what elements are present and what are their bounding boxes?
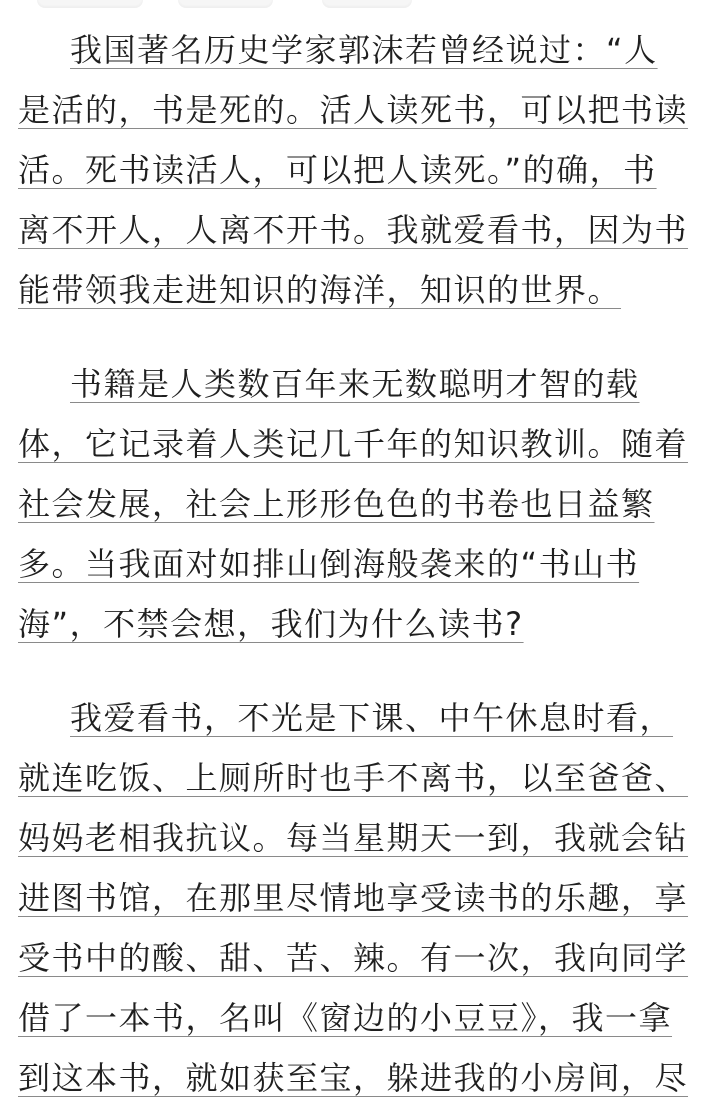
essay-line: 到这本书，就如获至宝，躲进我的小房间，尽 (18, 1034, 690, 1094)
essay-line-text: 我国著名历史学家郭沫若曾经说过：“人 (70, 34, 658, 66)
essay-line: 社会发展，社会上形形色色的书卷也日益繁 (18, 460, 690, 520)
essay-line: 体，它记录着人类记几千年的知识教训。随着 (18, 400, 690, 460)
essay-line-text: 受书中的酸、甜、苦、辣。有一次，我向同学 (18, 942, 688, 974)
essay-line: 是活的，书是死的。活人读死书，可以把书读 (18, 66, 690, 126)
essay-line-text: 借了一本书，名叫《窗边的小豆豆》，我一拿 (18, 1002, 672, 1034)
essay-paragraph-2: 书籍是人类数百年来无数聪明才智的载 体，它记录着人类记几千年的知识教训。随着 社… (18, 340, 690, 640)
essay-line: 我爱看书，不光是下课、中午休息时看， (18, 674, 690, 734)
essay-line-text: 书籍是人类数百年来无数聪明才智的载 (70, 368, 640, 400)
essay-line: 多。当我面对如排山倒海般袭来的“书山书 (18, 520, 690, 580)
essay-line-text: 能带领我走进知识的海洋，知识的世界。 (18, 274, 621, 306)
essay-paragraph-3: 我爱看书，不光是下课、中午休息时看， 就连吃饭、上厕所时也手不离书，以至爸爸、 … (18, 674, 690, 1094)
handwritten-essay-page: 我国著名历史学家郭沫若曾经说过：“人 是活的，书是死的。活人读死书，可以把书读 … (0, 0, 708, 1102)
essay-line-text: 妈妈老相我抗议。每当星期天一到，我就会钻 (18, 822, 688, 854)
essay-line: 活。死书读活人，可以把人读死。”的确，书 (18, 126, 690, 186)
essay-line-text: 是活的，书是死的。活人读死书，可以把书读 (18, 94, 688, 126)
essay-line: 进图书馆，在那里尽情地享受读书的乐趣，享 (18, 854, 690, 914)
essay-line-text: 到这本书，就如获至宝，躲进我的小房间，尽 (18, 1062, 688, 1094)
essay-line-text: 我爱看书，不光是下课、中午休息时看， (70, 702, 673, 734)
essay-line: 妈妈老相我抗议。每当星期天一到，我就会钻 (18, 794, 690, 854)
essay-line: 离不开人，人离不开书。我就爱看书，因为书 (18, 186, 690, 246)
essay-line: 就连吃饭、上厕所时也手不离书，以至爸爸、 (18, 734, 690, 794)
essay-line-text: 海”，不禁会想，我们为什么读书? (18, 608, 524, 640)
essay-line-text: 活。死书读活人，可以把人读死。”的确，书 (18, 154, 657, 186)
essay-line: 书籍是人类数百年来无数聪明才智的载 (18, 340, 690, 400)
essay-line-text: 社会发展，社会上形形色色的书卷也日益繁 (18, 488, 655, 520)
essay-line: 能带领我走进知识的海洋，知识的世界。 (18, 246, 690, 306)
essay-line: 我国著名历史学家郭沫若曾经说过：“人 (18, 6, 690, 66)
essay-line-text: 进图书馆，在那里尽情地享受读书的乐趣，享 (18, 882, 688, 914)
essay-body: 我国著名历史学家郭沫若曾经说过：“人 是活的，书是死的。活人读死书，可以把书读 … (18, 6, 690, 1094)
essay-line-text: 就连吃饭、上厕所时也手不离书，以至爸爸、 (18, 762, 688, 794)
essay-paragraph-1: 我国著名历史学家郭沫若曾经说过：“人 是活的，书是死的。活人读死书，可以把书读 … (18, 6, 690, 306)
essay-line-text: 离不开人，人离不开书。我就爱看书，因为书 (18, 214, 688, 246)
essay-line: 受书中的酸、甜、苦、辣。有一次，我向同学 (18, 914, 690, 974)
essay-line-text: 多。当我面对如排山倒海般袭来的“书山书 (18, 548, 639, 580)
essay-line: 海”，不禁会想，我们为什么读书? (18, 580, 690, 640)
essay-line: 借了一本书，名叫《窗边的小豆豆》，我一拿 (18, 974, 690, 1034)
essay-line-text: 体，它记录着人类记几千年的知识教训。随着 (18, 428, 688, 460)
